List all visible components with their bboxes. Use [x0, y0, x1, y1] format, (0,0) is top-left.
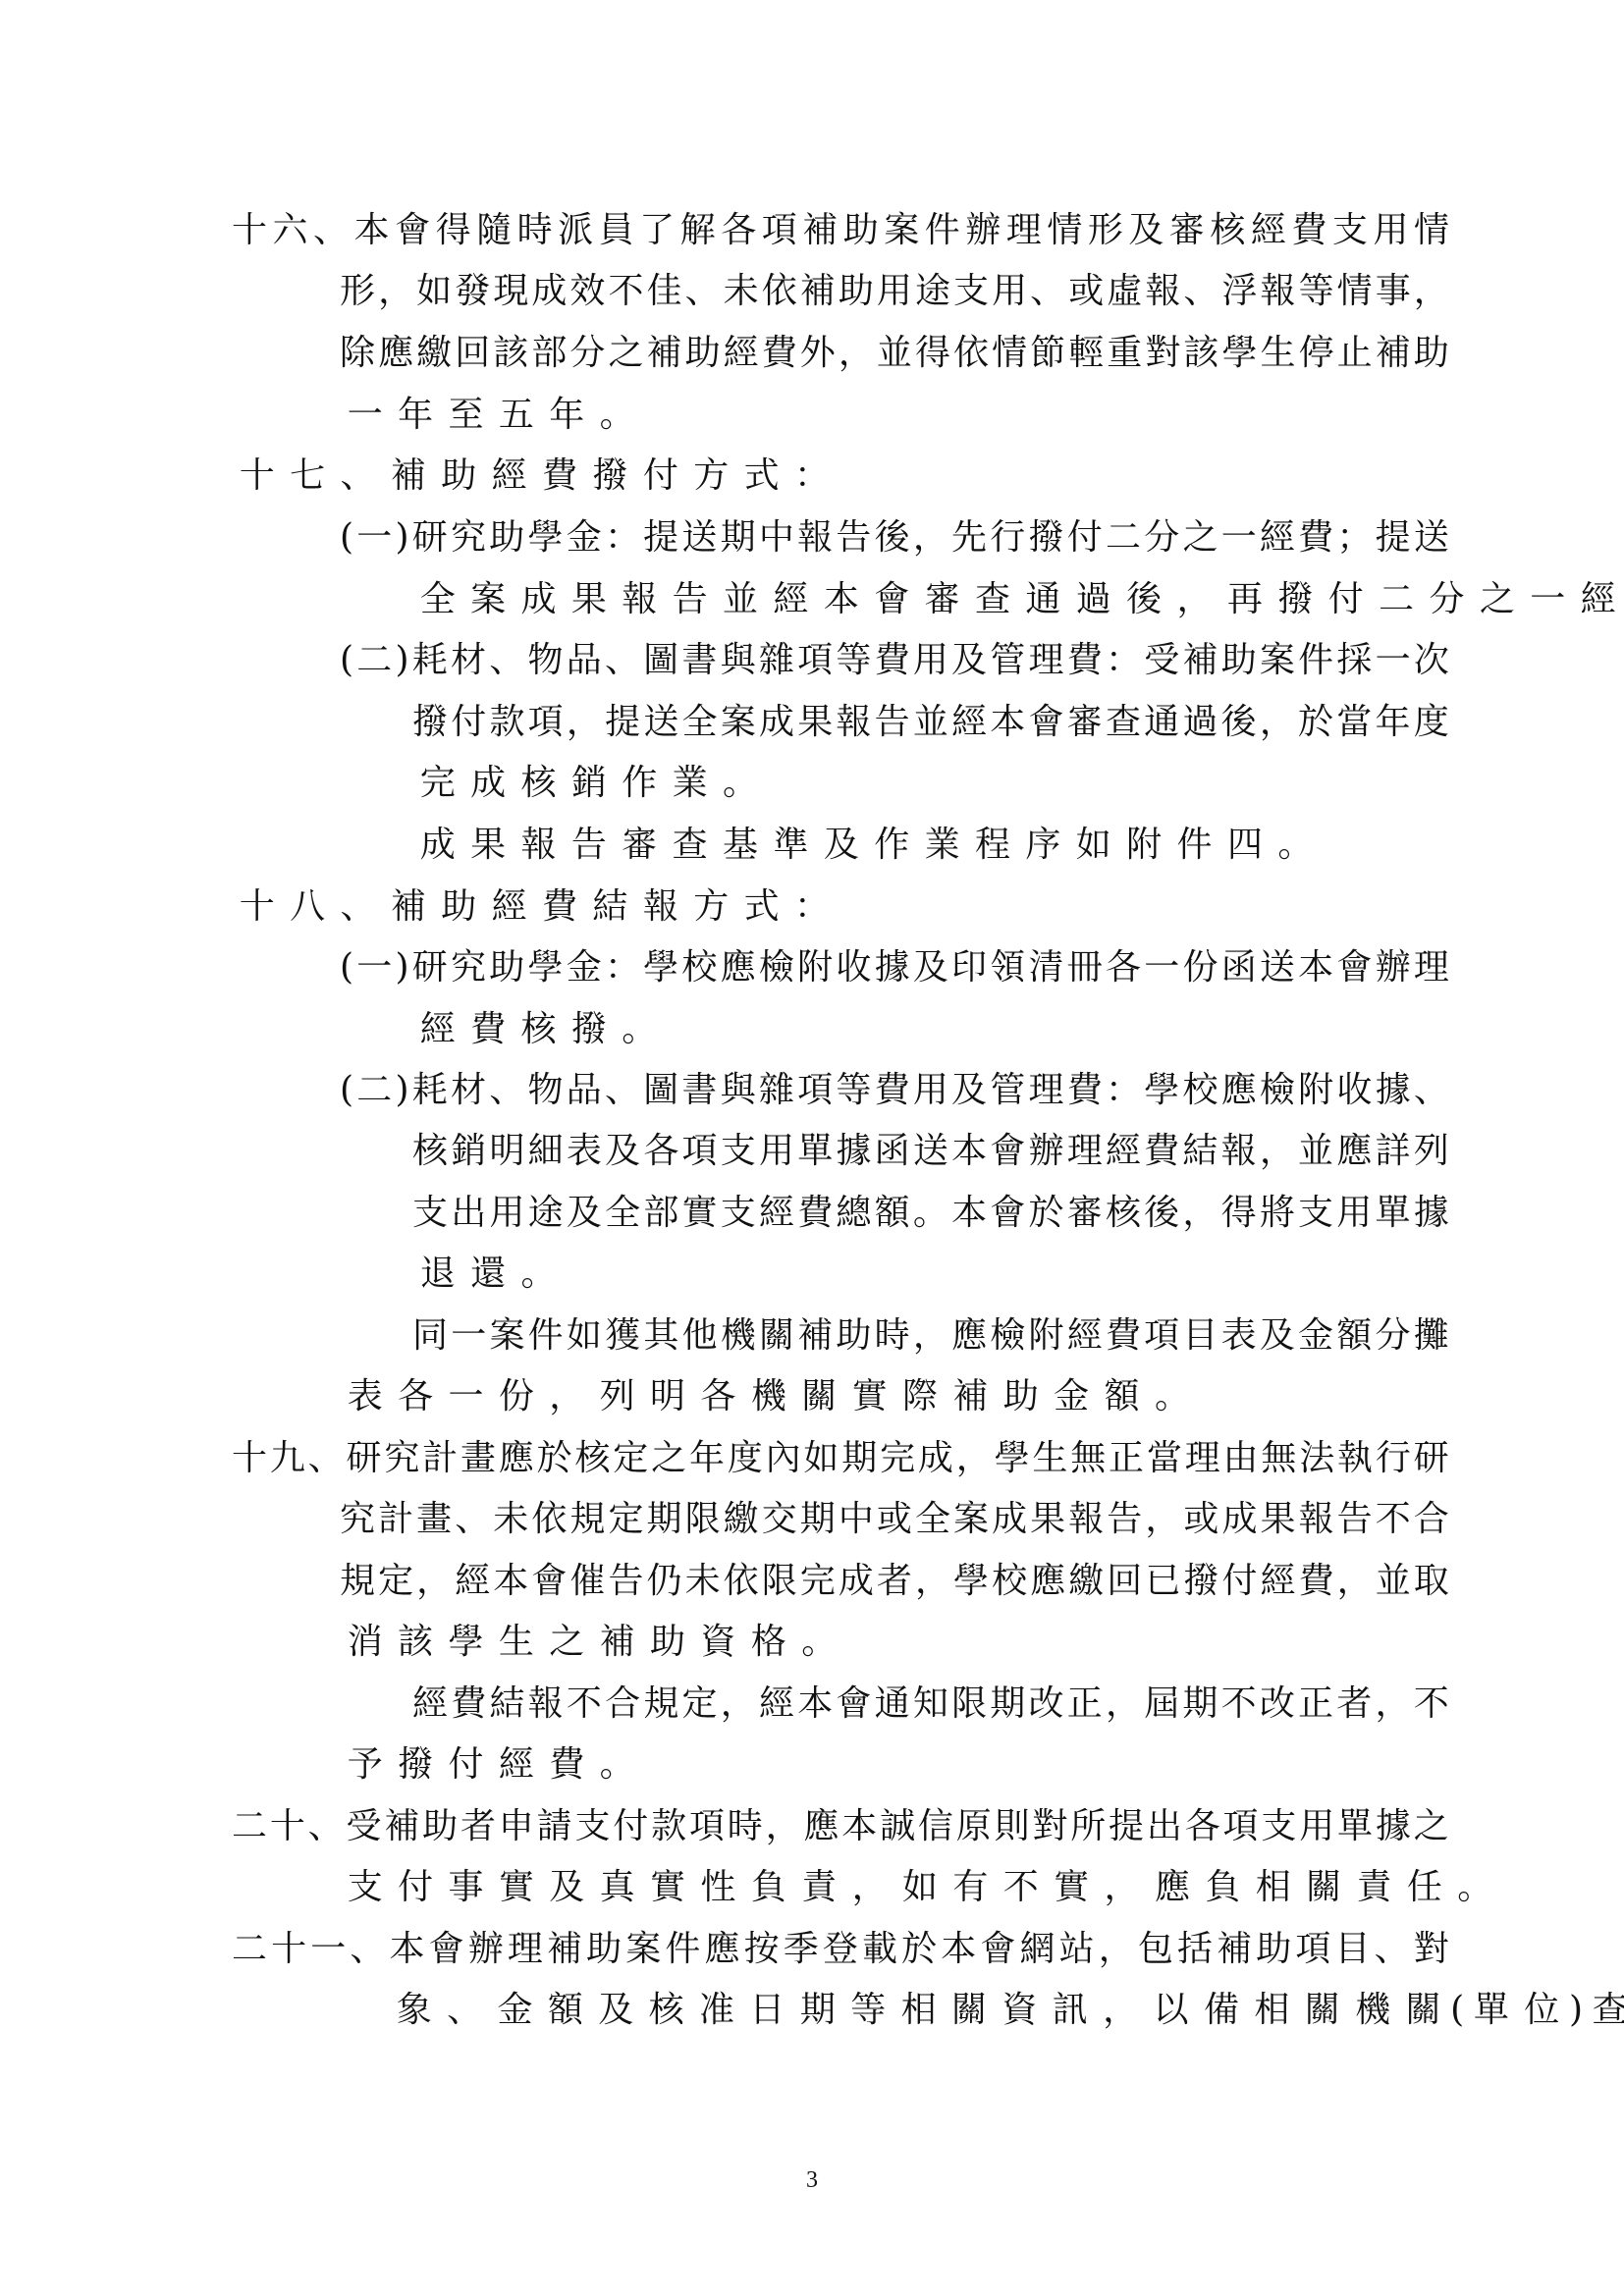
- text-line: 完成核銷作業。: [412, 759, 766, 808]
- text-line: 撥付款項，提送全案成果報告並經本會審查通過後，於當年度: [412, 698, 1449, 747]
- text-line: 十六、本會得隨時派員了解各項補助案件辦理情形及審核經費支用情: [232, 206, 1449, 255]
- text-line: 十九、研究計畫應於核定之年度內如期完成，學生無正當理由無法執行研: [232, 1434, 1449, 1483]
- text-line: 一年至五年。: [340, 391, 642, 440]
- text-line: 究計畫、未依規定期限繳交期中或全案成果報告，或成果報告不合: [340, 1495, 1449, 1544]
- text-line: (一)研究助學金：學校應檢附收據及印領清冊各一份函送本會辦理: [340, 943, 1449, 992]
- text-line: 經費結報不合規定，經本會通知限期改正，屆期不改正者，不: [412, 1680, 1449, 1729]
- text-line: 除應繳回該部分之補助經費外，並得依情節輕重對該學生停止補助: [340, 329, 1449, 378]
- text-line: 形，如發現成效不佳、未依補助用途支用、或虛報、浮報等情事，: [340, 267, 1449, 316]
- text-line: 支付事實及真實性負責，如有不實，應負相關責任。: [340, 1863, 1500, 1912]
- text-line: 表各一份，列明各機關實際補助金額。: [340, 1372, 1198, 1421]
- text-line: 象、金額及核准日期等相關資訊，以備相關機關(單位)查核。: [389, 1986, 1624, 2035]
- document-page: 3 十六、本會得隨時派員了解各項補助案件辦理情形及審核經費支用情形，如發現成效不…: [0, 0, 1624, 2296]
- page-number: 3: [802, 2167, 822, 2194]
- text-line: 規定，經本會催告仍未依限完成者，學校應繳回已撥付經費，並取: [340, 1557, 1449, 1606]
- text-line: 退還。: [412, 1250, 564, 1299]
- text-line: 成果報告審查基準及作業程序如附件四。: [412, 821, 1321, 870]
- text-line: 十七、補助經費撥付方式：: [232, 452, 838, 501]
- text-line: 同一案件如獲其他機關補助時，應檢附經費項目表及金額分攤: [412, 1311, 1449, 1361]
- text-line: 經費核撥。: [412, 1005, 665, 1054]
- text-line: 十八、補助經費結報方式：: [232, 882, 838, 932]
- text-line: 全案成果報告並經本會審查通過後，再撥付二分之一經費。: [412, 575, 1624, 624]
- text-line: 核銷明細表及各項支用單據函送本會辦理經費結報，並應詳列: [412, 1127, 1449, 1176]
- text-line: (二)耗材、物品、圖書與雜項等費用及管理費：學校應檢附收據、: [340, 1066, 1449, 1115]
- text-line: (一)研究助學金：提送期中報告後，先行撥付二分之一經費；提送: [340, 513, 1449, 562]
- text-line: 予撥付經費。: [340, 1740, 642, 1789]
- text-line: 消該學生之補助資格。: [340, 1618, 844, 1667]
- text-line: (二)耗材、物品、圖書與雜項等費用及管理費：受補助案件採一次: [340, 636, 1449, 685]
- text-line: 二十一、本會辦理補助案件應按季登載於本會網站，包括補助項目、對: [232, 1925, 1449, 1974]
- text-line: 二十、受補助者申請支付款項時，應本誠信原則對所提出各項支用單據之: [232, 1802, 1449, 1851]
- text-line: 支出用途及全部實支經費總額。本會於審核後，得將支用單據: [412, 1189, 1449, 1238]
